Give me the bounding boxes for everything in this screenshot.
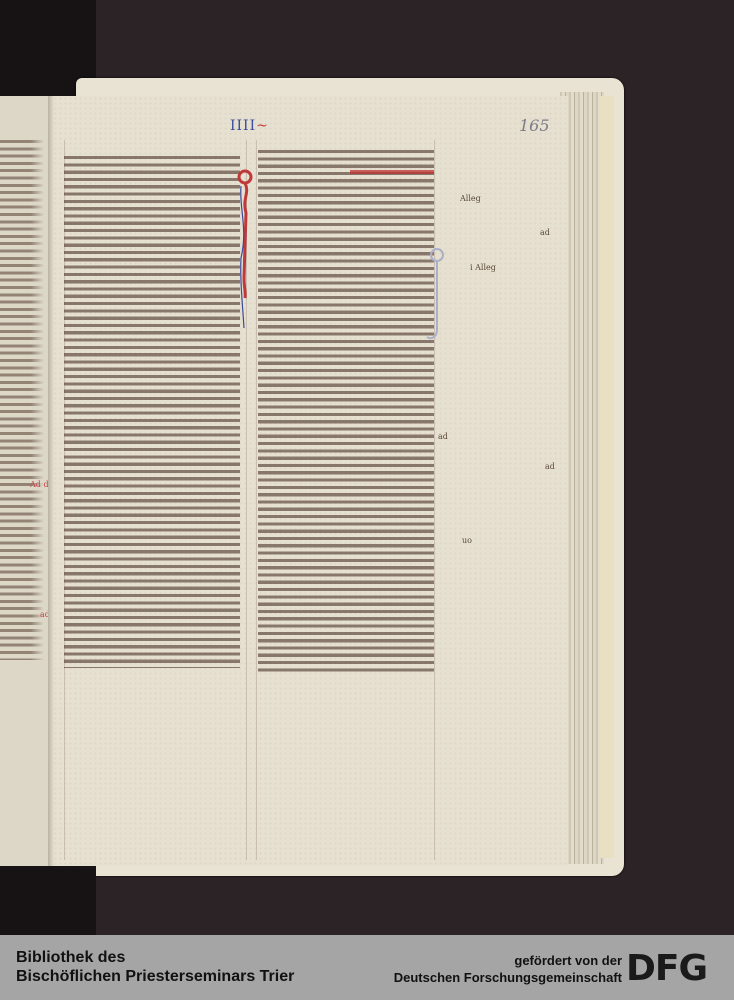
institution-line-2: Bischöflichen Priesterseminars Trier [16, 967, 294, 986]
rubric-line [350, 170, 434, 174]
institution-name: Bibliothek des Bischöflichen Priestersem… [16, 948, 294, 986]
text-column-right [258, 150, 434, 672]
marginal-note: ad [545, 462, 555, 471]
funding-notice: gefördert von der Deutschen Forschungsge… [394, 952, 622, 986]
funding-line-2: Deutschen Forschungsgemeinschaft [394, 969, 622, 986]
gutter-shadow [48, 96, 54, 866]
marginal-note: uo [462, 536, 472, 545]
marginal-note: ad [438, 432, 448, 441]
text-column-left [64, 156, 240, 668]
margin-flourish-icon [425, 245, 447, 345]
footer-bar: Bibliothek des Bischöflichen Priestersem… [0, 935, 734, 1000]
running-head-flourish: ~ [256, 118, 269, 134]
institution-line-1: Bibliothek des [16, 948, 294, 967]
background-corner [0, 866, 96, 935]
marginal-note: Alleg [460, 194, 481, 203]
folio-number: 165 [519, 116, 550, 135]
marginal-note: i Alleg [470, 263, 496, 272]
running-head: IIII~ [230, 118, 269, 134]
board-edge [600, 96, 614, 858]
decorated-initial-icon [236, 168, 254, 328]
running-head-numeral: IIII [230, 118, 256, 134]
dfg-logo[interactable]: DFG [626, 951, 707, 987]
verso-text-block [0, 140, 44, 660]
marginal-note: ad [540, 228, 550, 237]
funding-line-1: gefördert von der [394, 952, 622, 969]
ruling-line [256, 140, 257, 860]
